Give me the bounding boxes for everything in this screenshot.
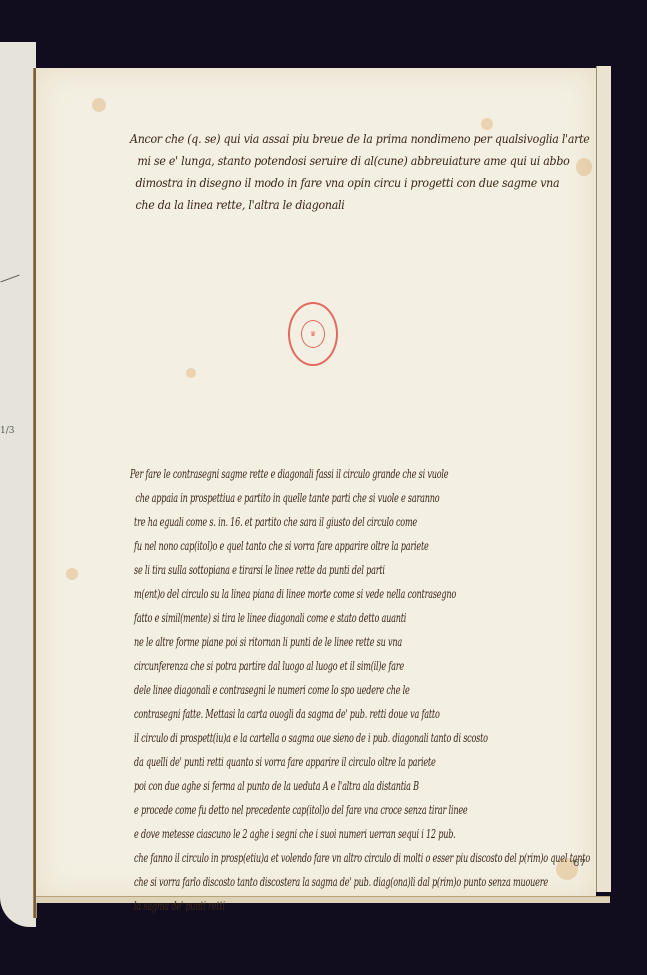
text-line: il circulo di prospett(iu)a e la cartell… bbox=[130, 726, 590, 750]
text-line: dimostra in disegno il modo in fare vna … bbox=[130, 172, 590, 194]
text-line: m(ent)o del circulo su la linea piana di… bbox=[130, 582, 590, 606]
paragraph-2: Per fare le contrasegni sagme rette e di… bbox=[130, 462, 647, 918]
paragraph-1: Ancor che (q. se) qui via assai piu breu… bbox=[130, 128, 630, 216]
text-line: contrasegni fatte. Mettasi la carta ouog… bbox=[130, 702, 590, 726]
text-line: e procede come fu detto nel precedente c… bbox=[130, 798, 590, 822]
foxing-stain bbox=[66, 568, 78, 580]
text-line: fatto e simil(mente) si tira le linee di… bbox=[130, 606, 590, 630]
text-line: da quelli de' punti retti quanto si vorr… bbox=[130, 750, 590, 774]
text-line: se li tira sulla sottopiana e tirarsi le… bbox=[130, 558, 590, 582]
facing-page-edge: 1/3 bbox=[0, 42, 36, 927]
text-line: la sagma de' punti retti bbox=[130, 894, 590, 918]
library-stamp: ♛ bbox=[288, 302, 338, 366]
text-line: che da la linea rette, l'altra le diagon… bbox=[130, 194, 590, 216]
text-line: tre ha eguali come s. in. 16. et partito… bbox=[130, 510, 590, 534]
foxing-stain bbox=[186, 368, 196, 378]
text-line: Per fare le contrasegni sagme rette e di… bbox=[130, 462, 590, 486]
text-line: Ancor che (q. se) qui via assai piu breu… bbox=[130, 128, 590, 150]
pen-stroke bbox=[0, 275, 19, 283]
folio-number: 67 bbox=[573, 858, 586, 869]
crest-icon: ♛ bbox=[301, 320, 325, 348]
text-line: mi se e' lunga, stanto potendosi seruire… bbox=[130, 150, 590, 172]
fraction-mark: 1/3 bbox=[0, 426, 14, 436]
text-line: e dove metesse ciascuno le 2 aghe i segn… bbox=[130, 822, 590, 846]
text-line: dele linee diagonali e contrasegni le nu… bbox=[130, 678, 590, 702]
text-line: ne le altre forme piane poi si ritornan … bbox=[130, 630, 590, 654]
text-line: poi con due aghe si ferma al punto de la… bbox=[130, 774, 590, 798]
text-line: circunferenza che si potra partire dal l… bbox=[130, 654, 590, 678]
text-line: che fanno il circulo in prosp(etiu)a et … bbox=[130, 846, 590, 870]
text-line: che si vorra farlo discosto tanto discos… bbox=[130, 870, 590, 894]
text-line: fu nel nono cap(itol)o e quel tanto che … bbox=[130, 534, 590, 558]
foxing-stain bbox=[92, 98, 106, 112]
text-line: che appaia in prospettiua e partito in q… bbox=[130, 486, 590, 510]
